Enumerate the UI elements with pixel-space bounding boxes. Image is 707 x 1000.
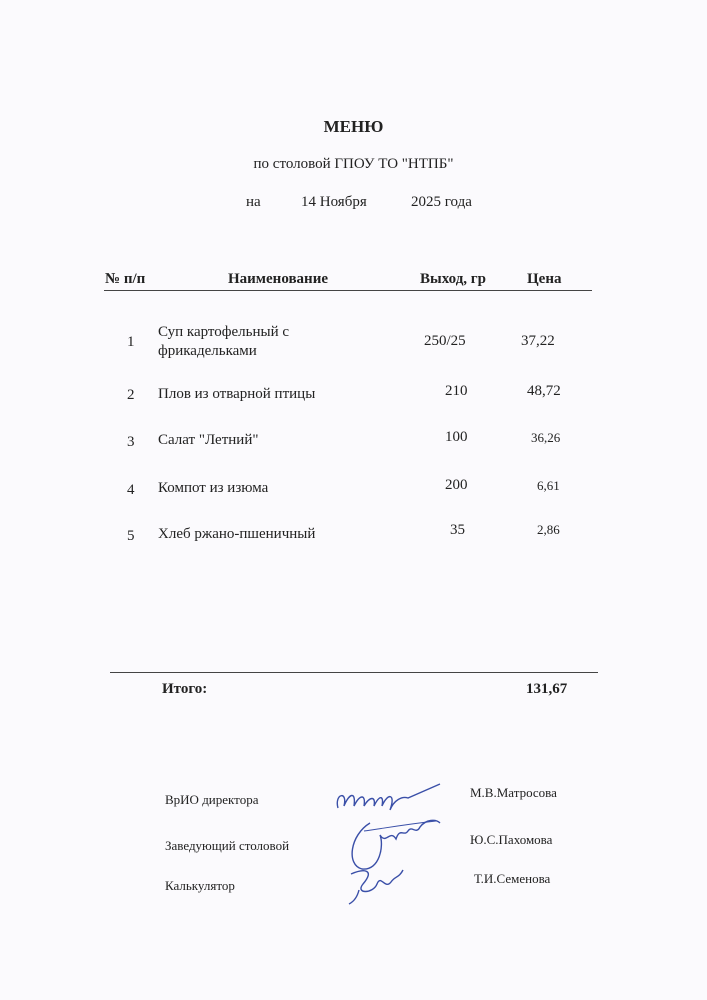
header-name: Наименование — [228, 271, 328, 288]
signature-name: М.В.Матросова — [470, 785, 557, 801]
row-name: Хлеб ржано-пшеничный — [158, 526, 315, 543]
row-name-cont: фрикадельками — [158, 343, 257, 360]
document-subtitle: по столовой ГПОУ ТО "НТПБ" — [0, 156, 707, 173]
total-divider — [110, 672, 598, 673]
row-price: 2,86 — [537, 522, 560, 538]
date-day-month: 14 Ноября — [301, 194, 367, 211]
row-num: 3 — [127, 434, 135, 451]
date-year: 2025 года — [411, 194, 472, 211]
row-yield: 35 — [450, 522, 465, 539]
row-name: Плов из отварной птицы — [158, 386, 315, 403]
header-price: Цена — [527, 271, 561, 288]
row-yield: 250/25 — [424, 333, 466, 350]
row-price: 37,22 — [521, 333, 555, 350]
document-title: МЕНЮ — [0, 117, 707, 137]
signature-director-icon — [330, 780, 450, 820]
header-num: № п/п — [105, 271, 145, 288]
row-num: 1 — [127, 334, 135, 351]
date-prefix: на — [246, 194, 261, 211]
signature-role: ВрИО директора — [165, 792, 258, 808]
row-num: 2 — [127, 387, 135, 404]
signature-role: Калькулятор — [165, 878, 235, 894]
signature-calculator-icon — [345, 860, 415, 905]
row-name: Компот из изюма — [158, 480, 268, 497]
row-price: 36,26 — [531, 430, 560, 446]
total-label: Итого: — [162, 681, 207, 698]
header-yield: Выход, гр — [420, 271, 486, 288]
header-divider — [104, 290, 592, 291]
signature-name: Т.И.Семенова — [474, 871, 550, 887]
row-price: 6,61 — [537, 478, 560, 494]
total-value: 131,67 — [526, 681, 567, 698]
row-name: Суп картофельный с — [158, 324, 289, 341]
row-num: 5 — [127, 528, 135, 545]
row-yield: 100 — [445, 429, 468, 446]
signature-role: Заведующий столовой — [165, 838, 289, 854]
row-price: 48,72 — [527, 383, 561, 400]
row-yield: 210 — [445, 383, 468, 400]
signature-name: Ю.С.Пахомова — [470, 832, 552, 848]
row-name: Салат "Летний" — [158, 432, 258, 449]
row-yield: 200 — [445, 477, 468, 494]
row-num: 4 — [127, 482, 135, 499]
